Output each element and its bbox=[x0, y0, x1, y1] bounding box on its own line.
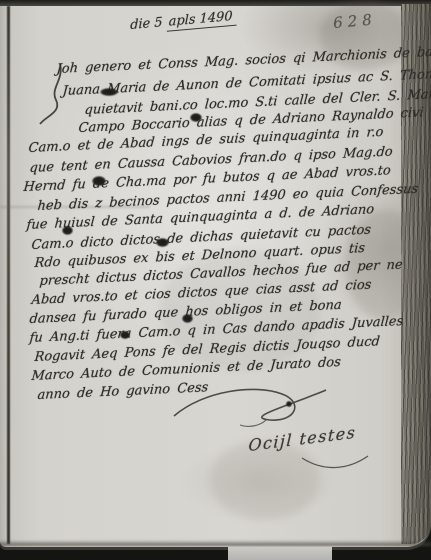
date-heading-prefix: die 5 bbox=[130, 15, 163, 33]
ink-blot bbox=[286, 401, 292, 407]
ink-blot bbox=[190, 113, 202, 122]
signature-flourish bbox=[300, 452, 370, 474]
manuscript-scan: 628 die 5 apls 1490 Joh genero et Conss … bbox=[0, 0, 431, 560]
ink-blot bbox=[156, 238, 169, 247]
gutter-fold-line bbox=[7, 6, 10, 544]
ink-blot bbox=[100, 88, 118, 96]
ink-blot bbox=[120, 331, 130, 339]
ink-blot bbox=[92, 176, 106, 186]
paraph-flourish bbox=[170, 382, 330, 430]
ink-blot bbox=[182, 314, 193, 323]
ink-blot bbox=[62, 226, 73, 235]
bookmark-tab bbox=[228, 547, 332, 560]
page-bottom-shadow bbox=[0, 540, 431, 546]
folio-number: 628 bbox=[332, 10, 377, 32]
